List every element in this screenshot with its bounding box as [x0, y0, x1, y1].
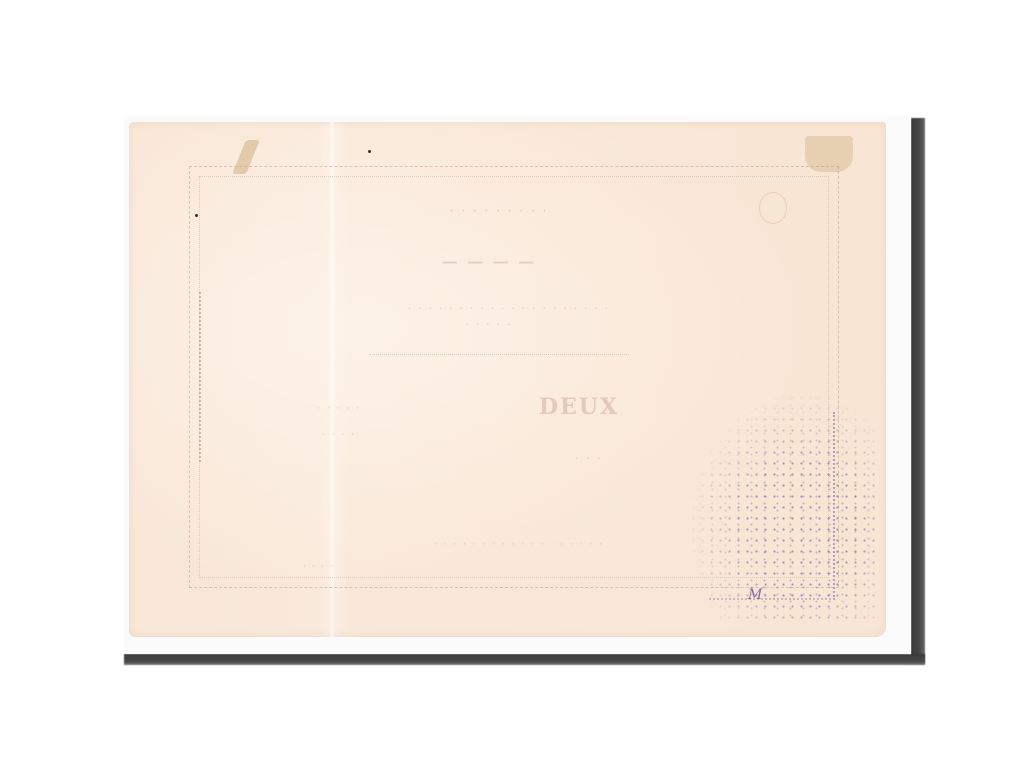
drop-shadow-right [911, 118, 925, 664]
banknote: · · · · · · · · · — — — — · · · · · · · … [129, 122, 886, 637]
header-text: · · · · · · · · · [369, 204, 629, 218]
divider-rule [369, 354, 629, 355]
value-word: DEUX [509, 394, 649, 420]
vertical-side-text [199, 292, 211, 462]
body-text-2: · · · · · [389, 320, 589, 331]
number-text: · · · [549, 452, 629, 465]
ink-speck [195, 214, 198, 217]
ink-speck [368, 150, 371, 153]
drop-shadow-bottom [124, 654, 925, 665]
sub-text-1: · · · · · [289, 404, 389, 414]
footer-text-2: · · · · [269, 562, 369, 571]
seal-emblem [759, 192, 787, 224]
sub-text-2: · · · · [289, 430, 389, 440]
body-text: · · · · · · · · · · · · · · · · · · · · [239, 304, 779, 315]
stamp-signature-mark: M [748, 587, 762, 603]
stamp-border [709, 412, 835, 600]
title-text: — — — — [379, 252, 599, 271]
